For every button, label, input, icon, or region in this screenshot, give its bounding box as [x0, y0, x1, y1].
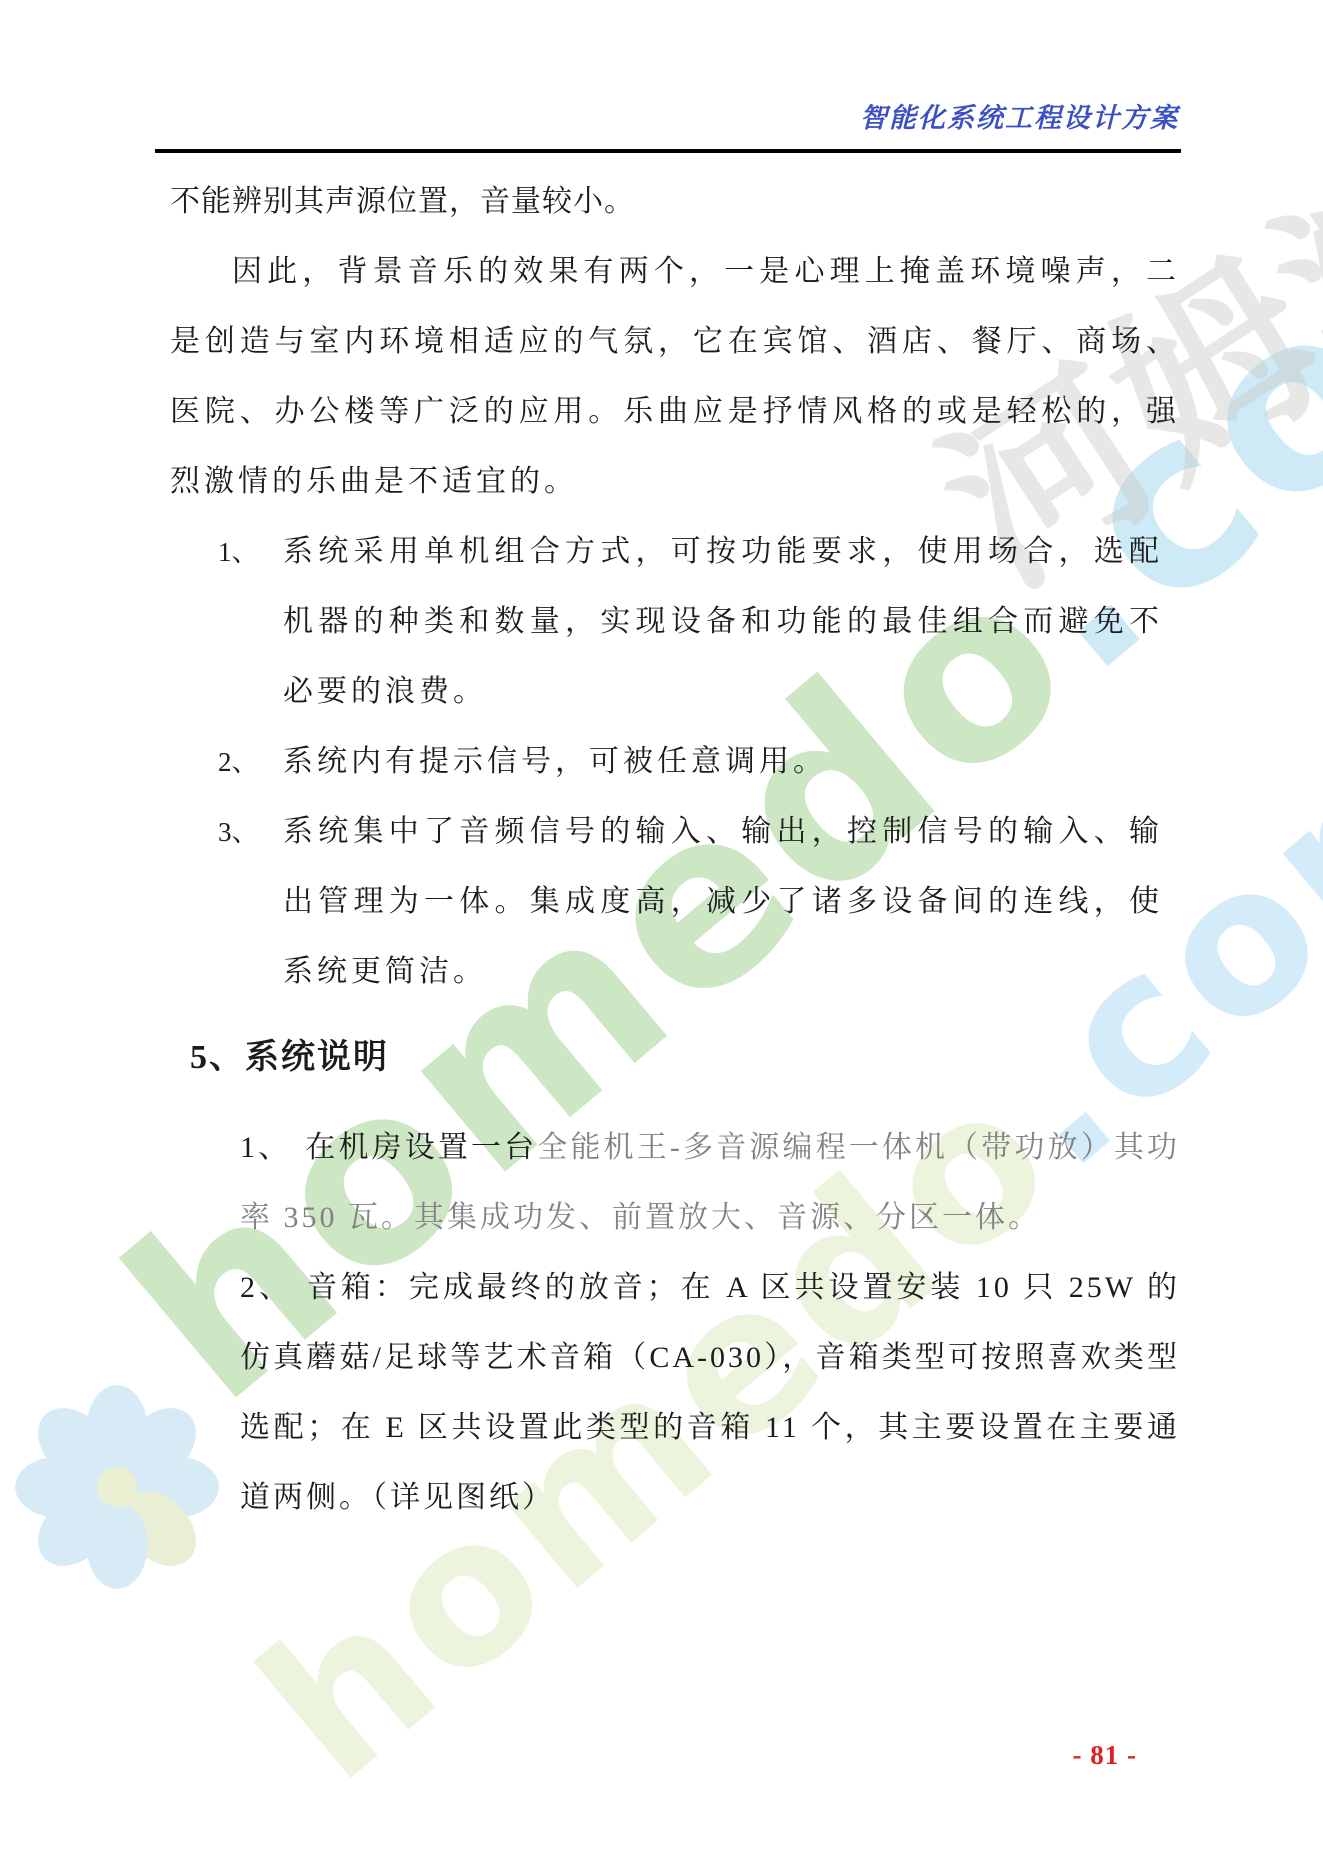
document-header-title: 智能化系统工程设计方案 [860, 103, 1179, 133]
section-item: 2、音箱：完成最终的放音；在 A 区共设置安装 10 只 25W 的仿真蘑菇/足… [240, 1253, 1180, 1533]
list-item-text: 系统采用单机组合方式，可按功能要求，使用场合，选配机器的种类和数量，实现设备和功… [283, 535, 1163, 708]
page-number: - 81 - [1073, 1740, 1137, 1771]
section-system-description: 1、在机房设置一台全能机王-多音源编程一体机（带功放）其功率 350 瓦。其集成… [240, 1113, 1180, 1533]
list-item: 1、 系统采用单机组合方式，可按功能要求，使用场合，选配机器的种类和数量，实现设… [218, 517, 1163, 727]
list-item: 2、 系统内有提示信号，可被任意调用。 [218, 727, 1163, 797]
list-item-text: 系统集中了音频信号的输入、输出，控制信号的输入、输出管理为一体。集成度高，减少了… [283, 815, 1163, 988]
list-item: 3、 系统集中了音频信号的输入、输出，控制信号的输入、输出管理为一体。集成度高，… [218, 797, 1163, 1007]
paragraph-background-music: 因此，背景音乐的效果有两个，一是心理上掩盖环境噪声，二是创造与室内环境相适应的气… [170, 237, 1180, 517]
section-item-number: 2、 [240, 1271, 307, 1304]
document-body: 不能辨别其声源位置，音量较小。 因此，背景音乐的效果有两个，一是心理上掩盖环境噪… [170, 167, 1180, 1533]
page-header: 智能化系统工程设计方案 [155, 0, 1181, 153]
feature-list: 1、 系统采用单机组合方式，可按功能要求，使用场合，选配机器的种类和数量，实现设… [218, 517, 1163, 1007]
list-item-text: 系统内有提示信号，可被任意调用。 [283, 745, 827, 778]
section-heading-system-description: 5、系统说明 [190, 1023, 1180, 1093]
list-item-number: 1、 [218, 517, 259, 587]
section-item: 1、在机房设置一台全能机王-多音源编程一体机（带功放）其功率 350 瓦。其集成… [240, 1113, 1180, 1253]
paragraph-intro: 不能辨别其声源位置，音量较小。 [170, 167, 1180, 237]
section-item-number: 1、 [240, 1131, 305, 1164]
list-item-number: 2、 [218, 727, 259, 797]
section-item-text: 在机房设置一台 [305, 1131, 537, 1164]
document-page: homedo.com homedo.com 河姆渡 智能化系统工程设计方案 不能… [0, 0, 1323, 1871]
list-item-number: 3、 [218, 797, 259, 867]
section-item-text: 音箱：完成最终的放音；在 A 区共设置安装 10 只 25W 的仿真蘑菇/足球等… [240, 1271, 1180, 1514]
